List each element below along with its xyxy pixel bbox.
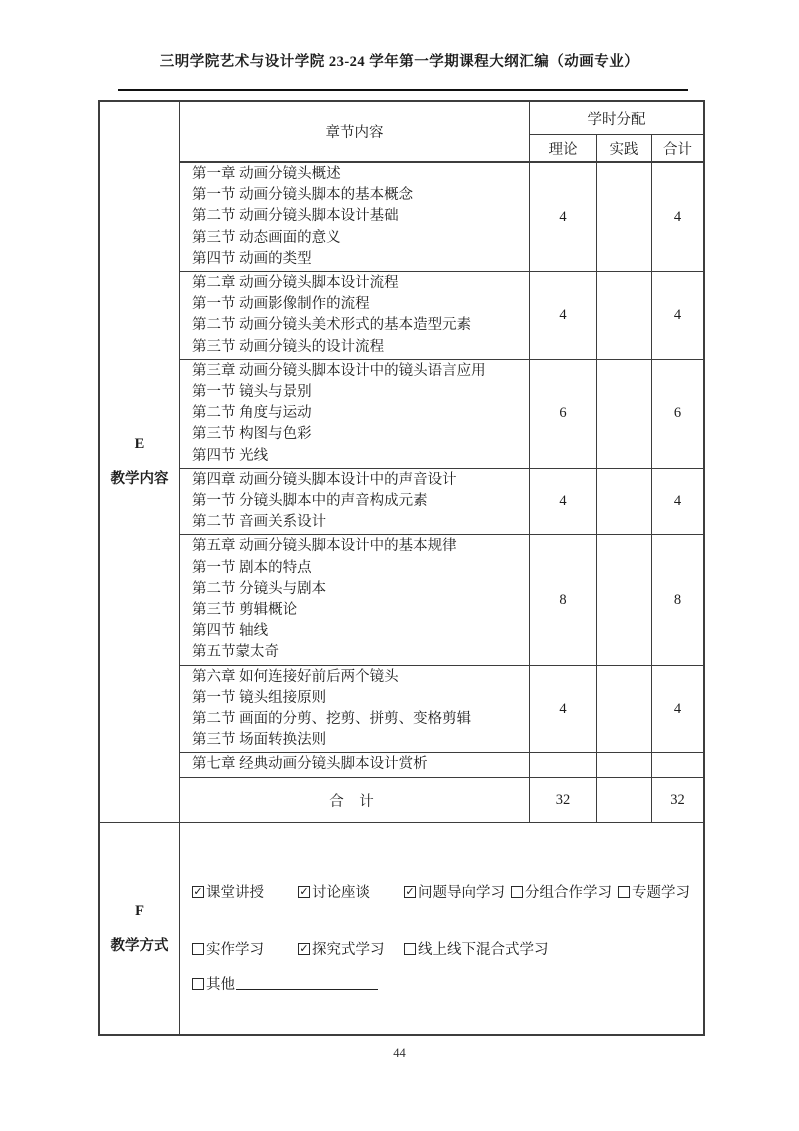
section-e-code: E — [135, 436, 145, 453]
column-header-content: 章节内容 — [180, 102, 530, 161]
chapter-line: 第二章 动画分镜头脚本设计流程 — [192, 273, 525, 294]
teaching-method-label: 线上线下混合式学习 — [418, 938, 549, 959]
checkbox-checked-icon[interactable]: ✓ — [298, 886, 310, 898]
section-f-code: F — [135, 903, 144, 920]
syllabus-table: E 教学内容 章节内容 学时分配 理论实践合计 第一章 动画分镜头概述第一节 动… — [98, 100, 705, 1036]
teaching-method-label: 探究式学习 — [312, 938, 385, 959]
chapter-line: 第三章 动画分镜头脚本设计中的镜头语言应用 — [192, 361, 525, 382]
chapter-line: 第一节 剧本的特点 — [192, 558, 525, 579]
chapter-line: 第六章 如何连接好前后两个镜头 — [192, 667, 525, 688]
sum-hours: 4 — [652, 469, 703, 535]
checkbox-checked-icon[interactable]: ✓ — [298, 943, 310, 955]
chapter-line: 第四节 轴线 — [192, 621, 525, 642]
teaching-method-label: 课堂讲授 — [206, 881, 264, 902]
theory-hours: 4 — [530, 469, 597, 535]
teaching-methods-area: ✓课堂讲授✓讨论座谈✓问题导向学习分组合作学习专题学习实作学习✓探究式学习线上线… — [180, 823, 703, 1034]
chapter-line: 第二节 分镜头与剧本 — [192, 579, 525, 600]
teaching-method-option[interactable]: 专题学习 — [618, 881, 690, 902]
practice-hours — [597, 753, 652, 777]
chapter-lines: 第五章 动画分镜头脚本设计中的基本规律第一节 剧本的特点第二节 分镜头与剧本第三… — [180, 535, 530, 664]
practice-hours — [597, 469, 652, 535]
practice-hours — [597, 272, 652, 359]
teaching-method-label: 讨论座谈 — [312, 881, 370, 902]
chapter-row: 第七章 经典动画分镜头脚本设计赏析 — [180, 753, 703, 777]
sum-hours: 8 — [652, 535, 703, 664]
chapter-line: 第四章 动画分镜头脚本设计中的声音设计 — [192, 470, 525, 491]
checkbox-unchecked-icon[interactable] — [192, 943, 204, 955]
page-number: 44 — [0, 1046, 799, 1061]
teaching-method-row: 其他 — [192, 973, 693, 994]
chapter-line: 第二节 音画关系设计 — [192, 512, 525, 533]
chapter-line: 第一节 分镜头脚本中的声音构成元素 — [192, 491, 525, 512]
chapter-line: 第五章 动画分镜头脚本设计中的基本规律 — [192, 536, 525, 557]
total-label: 合 计 — [180, 778, 530, 822]
checkbox-checked-icon[interactable]: ✓ — [404, 886, 416, 898]
total-row: 合 计 32 32 — [180, 777, 703, 822]
chapter-lines: 第七章 经典动画分镜头脚本设计赏析 — [180, 753, 530, 777]
table-header: 章节内容 学时分配 理论实践合计 — [180, 102, 703, 163]
teaching-method-label: 其他 — [206, 973, 235, 994]
teaching-method-label: 专题学习 — [632, 881, 690, 902]
document-page: 三明学院艺术与设计学院 23-24 学年第一学期课程大纲汇编（动画专业） E 教… — [0, 0, 799, 1131]
chapter-row: 第六章 如何连接好前后两个镜头第一节 镜头组接原则第二节 画面的分剪、挖剪、拼剪… — [180, 666, 703, 754]
sum-hours: 4 — [652, 272, 703, 359]
teaching-method-option[interactable]: 线上线下混合式学习 — [404, 938, 549, 959]
total-practice-hours — [597, 778, 652, 822]
teaching-method-row: 实作学习✓探究式学习线上线下混合式学习 — [192, 938, 693, 959]
teaching-method-option[interactable]: ✓问题导向学习 — [404, 881, 505, 902]
teaching-method-option[interactable]: ✓讨论座谈 — [298, 881, 398, 902]
chapter-line: 第七章 经典动画分镜头脚本设计赏析 — [192, 754, 525, 775]
chapter-lines: 第二章 动画分镜头脚本设计流程第一节 动画影像制作的流程第二节 动画分镜头美术形… — [180, 272, 530, 359]
chapter-row: 第二章 动画分镜头脚本设计流程第一节 动画影像制作的流程第二节 动画分镜头美术形… — [180, 272, 703, 360]
teaching-method-row: ✓课堂讲授✓讨论座谈✓问题导向学习分组合作学习专题学习 — [192, 881, 693, 902]
chapter-line: 第二节 动画分镜头美术形式的基本造型元素 — [192, 315, 525, 336]
chapter-content-area: 章节内容 学时分配 理论实践合计 第一章 动画分镜头概述第一节 动画分镜头脚本的… — [180, 102, 703, 822]
chapter-line: 第二节 画面的分剪、挖剪、拼剪、变格剪辑 — [192, 709, 525, 730]
theory-hours: 8 — [530, 535, 597, 664]
chapter-line: 第一节 动画影像制作的流程 — [192, 294, 525, 315]
theory-hours: 6 — [530, 360, 597, 468]
theory-hours: 4 — [530, 163, 597, 271]
teaching-method-option[interactable]: 实作学习 — [192, 938, 292, 959]
chapter-line: 第一节 镜头与景别 — [192, 382, 525, 403]
title-underline — [118, 89, 688, 91]
chapter-row: 第四章 动画分镜头脚本设计中的声音设计第一节 分镜头脚本中的声音构成元素第二节 … — [180, 469, 703, 536]
sum-hours: 6 — [652, 360, 703, 468]
teaching-method-option[interactable]: 分组合作学习 — [511, 881, 612, 902]
section-f-title: 教学方式 — [111, 934, 169, 955]
teaching-method-label: 问题导向学习 — [418, 881, 505, 902]
section-f-label: F 教学方式 — [100, 823, 180, 1034]
chapter-rows: 第一章 动画分镜头概述第一节 动画分镜头脚本的基本概念第二节 动画分镜头脚本设计… — [180, 163, 703, 777]
section-f-band: F 教学方式 ✓课堂讲授✓讨论座谈✓问题导向学习分组合作学习专题学习实作学习✓探… — [100, 823, 703, 1034]
chapter-lines: 第一章 动画分镜头概述第一节 动画分镜头脚本的基本概念第二节 动画分镜头脚本设计… — [180, 163, 530, 271]
chapter-line: 第三节 动画分镜头的设计流程 — [192, 337, 525, 358]
sum-hours: 4 — [652, 163, 703, 271]
checkbox-unchecked-icon[interactable] — [404, 943, 416, 955]
total-sum-hours: 32 — [652, 778, 703, 822]
hours-header-group: 学时分配 理论实践合计 — [530, 102, 703, 161]
chapter-line: 第四节 光线 — [192, 446, 525, 467]
sum-hours — [652, 753, 703, 777]
chapter-line: 第三节 场面转换法则 — [192, 730, 525, 751]
chapter-line: 第三节 构图与色彩 — [192, 424, 525, 445]
chapter-row: 第一章 动画分镜头概述第一节 动画分镜头脚本的基本概念第二节 动画分镜头脚本设计… — [180, 163, 703, 272]
chapter-row: 第三章 动画分镜头脚本设计中的镜头语言应用第一节 镜头与景别第二节 角度与运动第… — [180, 360, 703, 469]
checkbox-unchecked-icon[interactable] — [192, 978, 204, 990]
practice-hours — [597, 666, 652, 753]
section-e-title: 教学内容 — [111, 467, 169, 488]
page-title: 三明学院艺术与设计学院 23-24 学年第一学期课程大纲汇编（动画专业） — [0, 50, 799, 71]
checkbox-unchecked-icon[interactable] — [511, 886, 523, 898]
chapter-line: 第四节 动画的类型 — [192, 249, 525, 270]
chapter-lines: 第四章 动画分镜头脚本设计中的声音设计第一节 分镜头脚本中的声音构成元素第二节 … — [180, 469, 530, 535]
checkbox-unchecked-icon[interactable] — [618, 886, 630, 898]
chapter-lines: 第六章 如何连接好前后两个镜头第一节 镜头组接原则第二节 画面的分剪、挖剪、拼剪… — [180, 666, 530, 753]
hours-subheader-1: 实践 — [597, 135, 652, 161]
fill-in-blank-line[interactable] — [236, 989, 378, 990]
practice-hours — [597, 535, 652, 664]
theory-hours: 4 — [530, 666, 597, 753]
practice-hours — [597, 360, 652, 468]
hours-subheader-2: 合计 — [652, 135, 703, 161]
teaching-method-option[interactable]: ✓课堂讲授 — [192, 881, 292, 902]
chapter-line: 第一节 动画分镜头脚本的基本概念 — [192, 185, 525, 206]
teaching-method-option[interactable]: ✓探究式学习 — [298, 938, 398, 959]
teaching-method-label: 实作学习 — [206, 938, 264, 959]
theory-hours — [530, 753, 597, 777]
practice-hours — [597, 163, 652, 271]
theory-hours: 4 — [530, 272, 597, 359]
teaching-method-option[interactable]: 其他 — [192, 973, 378, 994]
hours-subheader-0: 理论 — [530, 135, 597, 161]
chapter-line: 第一章 动画分镜头概述 — [192, 164, 525, 185]
chapter-line: 第三节 剪辑概论 — [192, 600, 525, 621]
chapter-line: 第五节蒙太奇 — [192, 642, 525, 663]
sum-hours: 4 — [652, 666, 703, 753]
chapter-line: 第二节 角度与运动 — [192, 403, 525, 424]
chapter-line: 第一节 镜头组接原则 — [192, 688, 525, 709]
chapter-line: 第二节 动画分镜头脚本设计基础 — [192, 206, 525, 227]
column-header-hours: 学时分配 — [530, 102, 703, 135]
total-theory-hours: 32 — [530, 778, 597, 822]
section-e-label: E 教学内容 — [100, 102, 180, 822]
chapter-row: 第五章 动画分镜头脚本设计中的基本规律第一节 剧本的特点第二节 分镜头与剧本第三… — [180, 535, 703, 665]
chapter-line: 第三节 动态画面的意义 — [192, 228, 525, 249]
section-e-band: E 教学内容 章节内容 学时分配 理论实践合计 第一章 动画分镜头概述第一节 动… — [100, 102, 703, 823]
teaching-method-label: 分组合作学习 — [525, 881, 612, 902]
chapter-lines: 第三章 动画分镜头脚本设计中的镜头语言应用第一节 镜头与景别第二节 角度与运动第… — [180, 360, 530, 468]
checkbox-checked-icon[interactable]: ✓ — [192, 886, 204, 898]
hours-subcolumns: 理论实践合计 — [530, 135, 703, 161]
